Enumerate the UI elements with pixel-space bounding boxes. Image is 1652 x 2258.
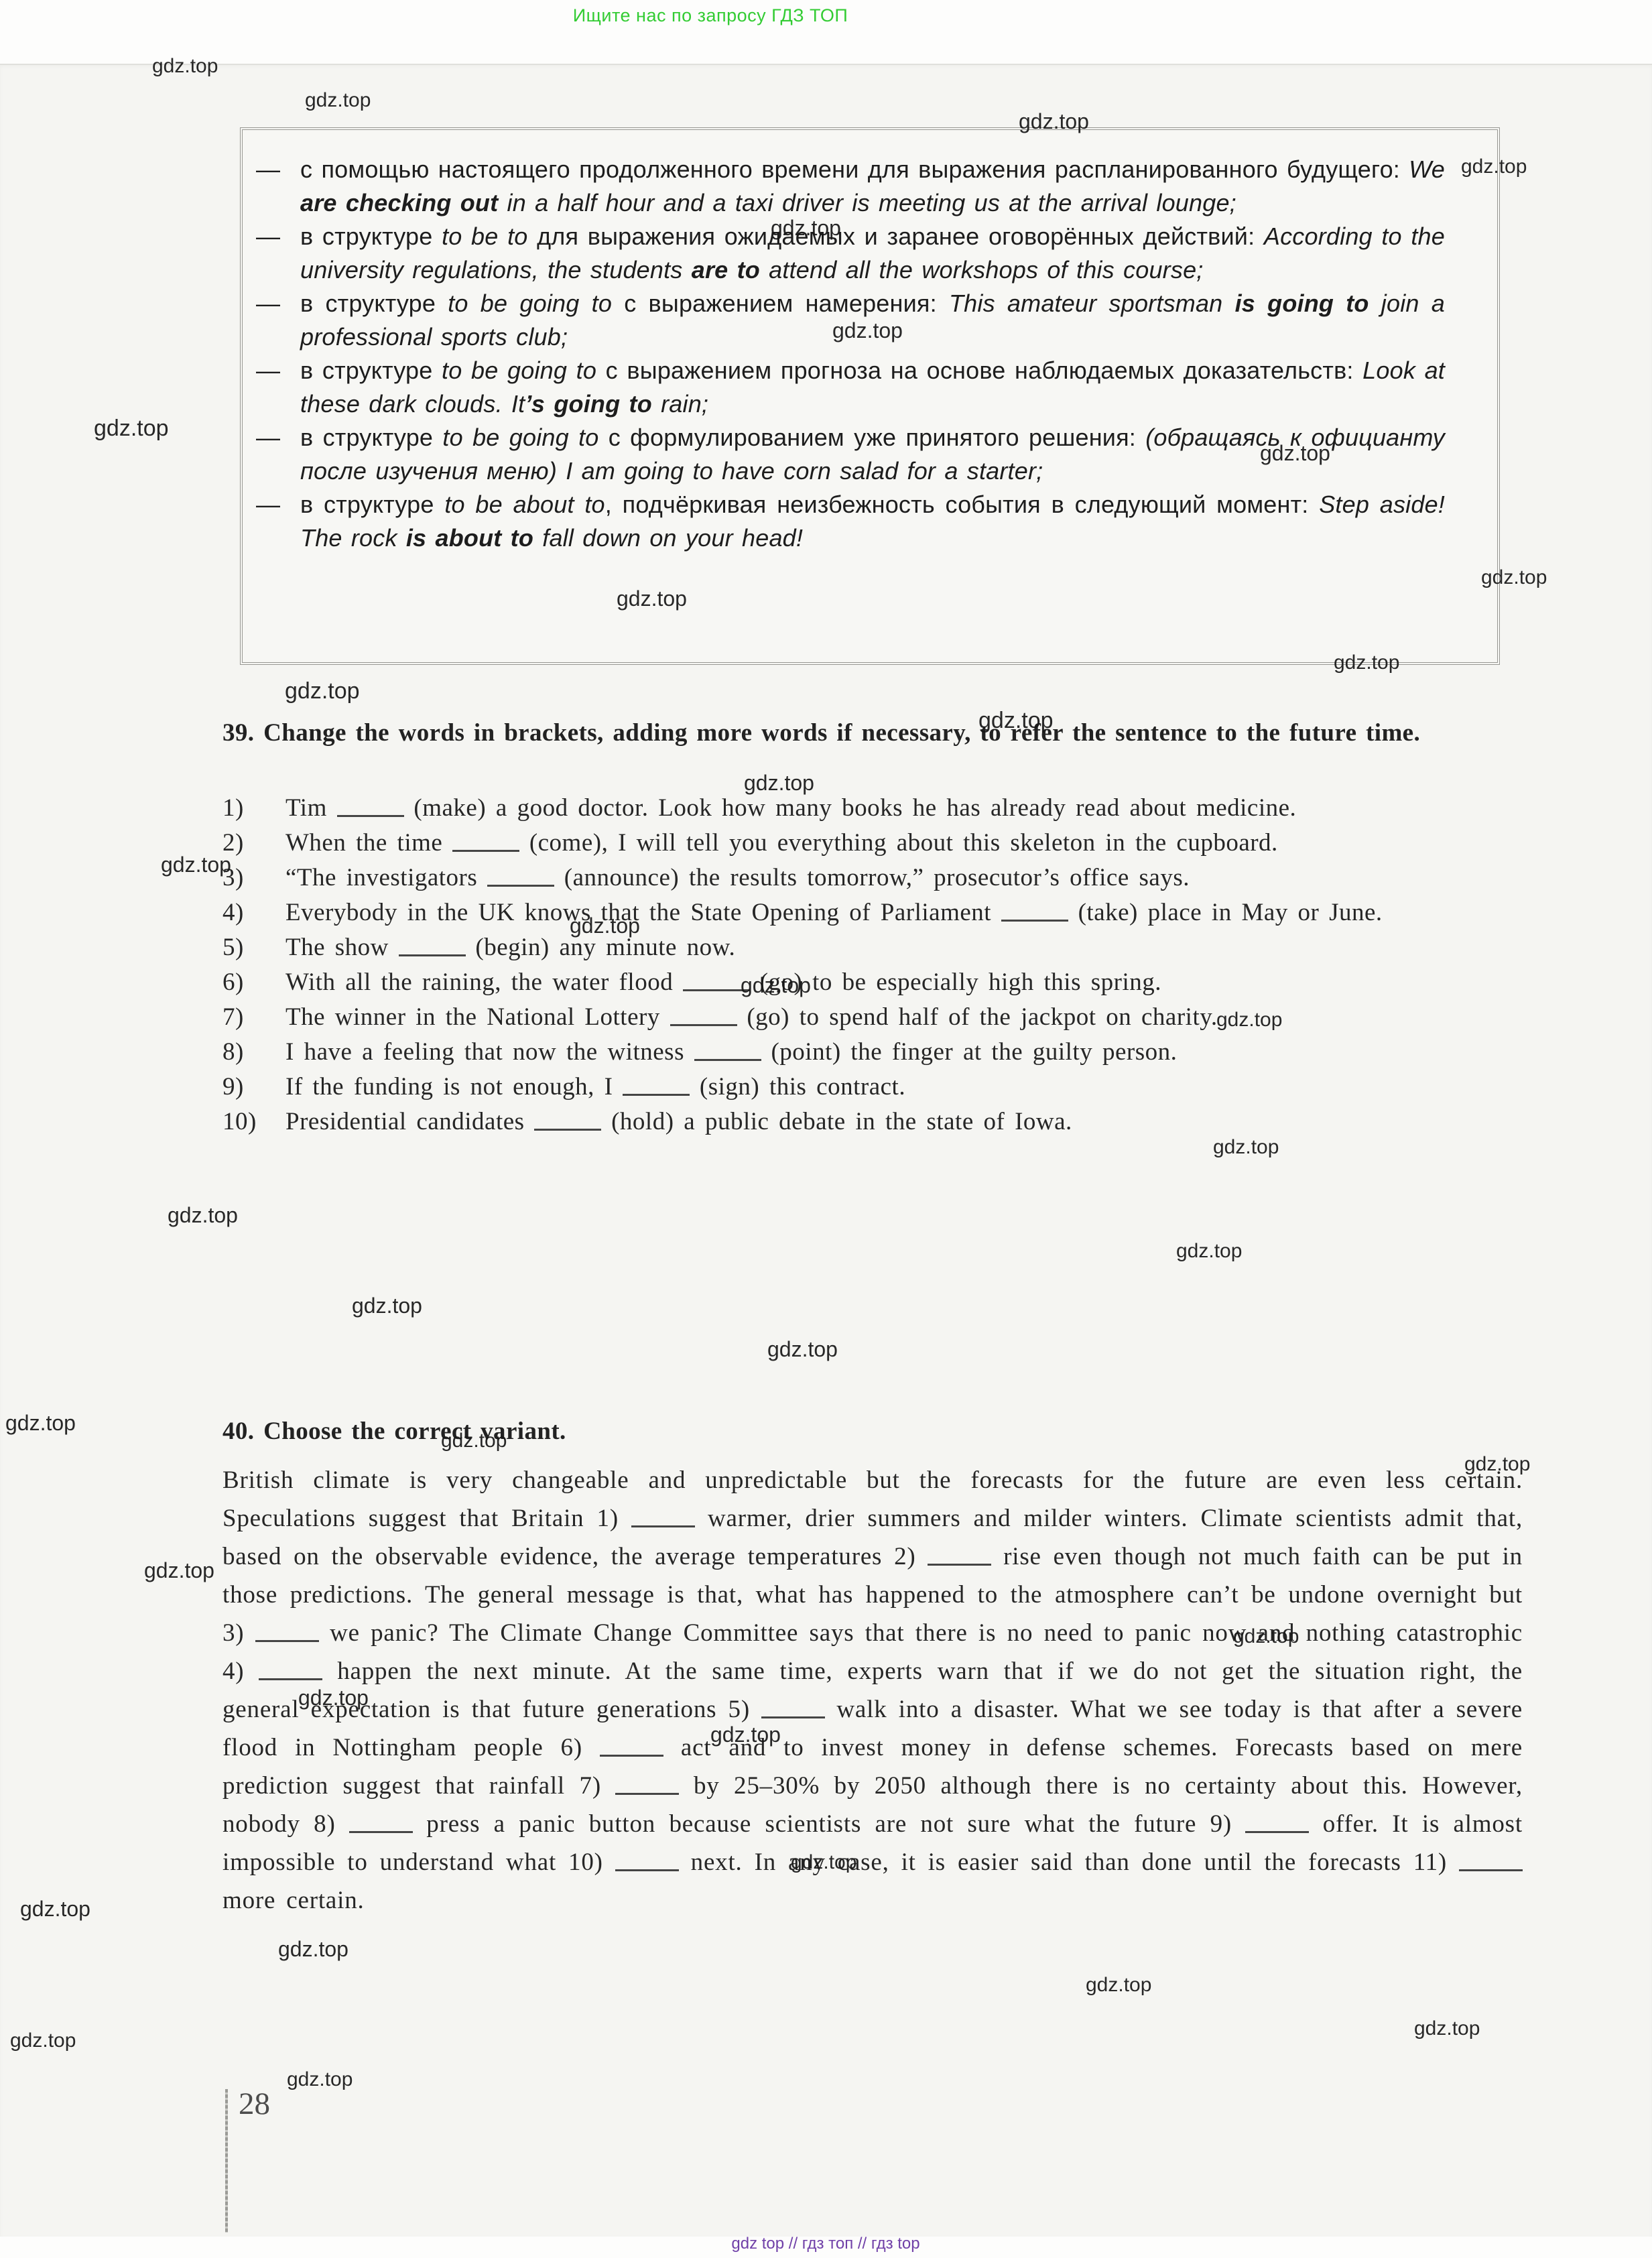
exercise-item: 8)I have a feeling that now the witness … [223,1035,1523,1070]
blank-line [1001,906,1068,922]
text-run: to be about to [444,491,605,518]
site-watermark: gdz.top [5,1411,76,1436]
text-run: press a panic button because scientists … [413,1810,1210,1838]
grammar-rule-item: —с помощью настоящего продолженного врем… [256,153,1445,220]
scanned-textbook-page: Ищите нас по запросу ГДЗ ТОП —с помощью … [0,0,1652,2258]
blank-line [337,802,404,817]
site-watermark: gdz.top [978,708,1054,734]
fill-in-gap [670,1003,737,1031]
blank-line [259,1665,322,1680]
item-text: Presidential candidates (hold) a public … [285,1105,1523,1139]
blank-line [615,1779,679,1795]
text-run: (make) a good doctor. Look how many book… [404,794,1297,822]
fill-in-gap [534,1108,601,1135]
item-text: With all the raining, the water flood (g… [285,965,1523,1000]
fill-in-gap: 1) [597,1505,695,1532]
exercise-item: 2)When the time (come), I will tell you … [223,826,1523,861]
text-run: в структуре [300,223,442,250]
site-watermark: gdz.top [287,2068,353,2091]
exercise-item: 3)“The investigators (announce) the resu… [223,861,1523,895]
blank-line [683,976,750,991]
blank-line [452,836,519,852]
footer-watermark-line: gdz top // гдз топ // гдз top [731,2235,919,2253]
text-run: fall down on your head! [533,524,803,552]
fill-in-gap: 3) [223,1619,319,1647]
text-run: в структуре [300,357,442,384]
page-number: 28 [239,2086,270,2122]
text-run: to be going to [442,424,598,451]
site-watermark: gdz.top [278,1937,348,1962]
grammar-rules-box: —с помощью настоящего продолженного врем… [240,127,1500,665]
site-watermark: gdz.top [1481,566,1547,589]
emphasized-text: ’s going to [525,390,652,418]
text-run: с выражением прогноза на основе наблюдае… [596,357,1362,384]
site-watermark: gdz.top [152,55,218,78]
dash-marker: — [256,488,300,555]
exercise-item: 4)Everybody in the UK knows that the Sta… [223,895,1523,930]
site-watermark: gdz.top [298,1686,369,1710]
emphasized-text: is going to [1235,290,1369,317]
site-watermark: gdz.top [1213,1136,1279,1159]
fill-in-gap: 9) [1210,1810,1310,1838]
emphasized-text: is about to [406,524,533,552]
site-watermark: gdz.top [285,678,360,704]
text-run: to be going to [448,290,612,317]
site-watermark: gdz.top [771,216,841,241]
exercise-39-items: 1)Tim (make) a good doctor. Look how man… [223,791,1523,1139]
blank-line [928,1550,991,1566]
grammar-rule-text: в структуре to be to для выражения ожида… [300,220,1445,287]
fill-in-gap [487,864,554,891]
item-text: I have a feeling that now the witness (p… [285,1035,1523,1070]
text-run: (point) the finger at the guilty person. [761,1038,1178,1066]
blank-line [623,1080,690,1096]
fill-in-gap [337,794,404,822]
text-run: (go) to be especially high this spring. [750,968,1161,996]
text-run: для выражения ожидаемых и заранее оговор… [528,223,1264,250]
item-number: 7) [223,1000,285,1035]
fill-in-gap [683,968,750,996]
top-search-banner: Ищите нас по запросу ГДЗ ТОП [573,5,848,26]
exercise-item: 7)The winner in the National Lottery (go… [223,1000,1523,1035]
dash-marker: — [256,287,300,354]
text-run: We [1409,155,1445,183]
blank-line [399,941,466,956]
text-run: attend all the workshops of this course; [760,256,1204,284]
text-run: “The investigators [285,864,487,891]
exercise-item: 9)If the funding is not enough, I (sign)… [223,1070,1523,1105]
dash-marker: — [256,354,300,421]
site-watermark: gdz.top [1461,155,1527,178]
site-watermark: gdz.top [710,1722,781,1747]
text-run: (announce) the results tomorrow,” prosec… [554,864,1190,891]
grammar-rule-text: с помощью настоящего продолженного време… [300,153,1445,220]
text-run: (come), I will tell you everything about… [519,829,1278,857]
text-run: next. In any case, it is easier said tha… [679,1848,1413,1876]
blank-line [349,1818,413,1833]
site-watermark: gdz.top [791,1851,856,1874]
fill-in-gap: 10) [568,1848,679,1876]
text-run: (hold) a public debate in the state of I… [601,1108,1072,1135]
item-text: The winner in the National Lottery (go) … [285,1000,1523,1035]
fill-in-gap: 8) [314,1810,413,1838]
exercise-39-title: 39. Change the words in brackets, adding… [223,717,1523,749]
site-watermark: gdz.top [144,1558,214,1583]
site-watermark: gdz.top [1019,109,1089,134]
site-watermark: gdz.top [1464,1453,1530,1476]
text-run: rain; [652,390,708,418]
item-number: 5) [223,930,285,965]
site-watermark: gdz.top [352,1294,422,1318]
fill-in-gap: 11) [1413,1848,1523,1876]
exercise-40-paragraph: British climate is very changeable and u… [223,1461,1523,1920]
text-run: The winner in the National Lottery [285,1003,670,1031]
item-number: 8) [223,1035,285,1070]
site-watermark: gdz.top [161,853,231,877]
text-run: с формулированием уже принятого решения: [599,424,1146,451]
site-watermark: gdz.top [832,318,903,343]
item-number: 4) [223,895,285,930]
blank-line [1245,1818,1309,1833]
item-text: Everybody in the UK knows that the State… [285,895,1523,930]
site-watermark: gdz.top [20,1897,90,1922]
item-text: When the time (come), I will tell you ev… [285,826,1523,861]
fill-in-gap [399,934,466,961]
blank-line [631,1512,695,1527]
fill-in-gap [694,1038,761,1066]
item-text: If the funding is not enough, I (sign) t… [285,1070,1523,1105]
site-watermark: gdz.top [617,586,687,611]
text-run: в структуре [300,424,442,451]
item-number: 3) [223,861,285,895]
text-run: I have a feeling that now the witness [285,1038,694,1066]
grammar-rules-list: —с помощью настоящего продолженного врем… [256,153,1445,555]
site-watermark: gdz.top [168,1203,238,1228]
item-number: 2) [223,826,285,861]
text-run: With all the raining, the water flood [285,968,683,996]
item-number: 6) [223,965,285,1000]
fill-in-gap: 6) [561,1734,663,1761]
fill-in-gap: 5) [728,1696,826,1723]
text-run: с помощью настоящего продолженного време… [300,155,1409,183]
exercise-item: 6)With all the raining, the water flood … [223,965,1523,1000]
item-number: 9) [223,1070,285,1105]
blank-line [1459,1856,1523,1871]
site-watermark: gdz.top [1260,441,1330,466]
site-watermark: gdz.top [744,771,814,796]
text-run: we panic? The Climate Change Committee s… [319,1619,1523,1647]
text-run: в структуре [300,290,448,317]
site-watermark: gdz.top [570,914,640,938]
text-run: in a half hour and a taxi driver is meet… [498,189,1236,216]
site-watermark: gdz.top [305,89,371,112]
item-text: The show (begin) any minute now. [285,930,1523,965]
grammar-rule-item: —в структуре to be going to с выражением… [256,354,1445,421]
text-run: The show [285,934,399,961]
item-number: 10) [223,1105,285,1139]
blank-line [670,1011,737,1026]
fill-in-gap [452,829,519,857]
text-run: This amateur sportsman [949,290,1235,317]
site-watermark: gdz.top [1216,1009,1282,1031]
text-run: Everybody in the UK knows that the State… [285,899,1001,926]
site-watermark: gdz.top [1176,1240,1242,1263]
text-run: , подчёркивая неизбежность события в сле… [605,491,1319,518]
site-watermark: gdz.top [767,1337,838,1362]
grammar-rule-text: в структуре to be going to с выражением … [300,354,1445,421]
exercise-40-title: 40. Choose the correct variant. [223,1416,826,1447]
text-run: (sign) this contract. [690,1073,905,1101]
text-run: (go) to spend half of the jackpot on cha… [737,1003,1218,1031]
fill-in-gap: 7) [580,1772,680,1800]
text-run: Tim [285,794,337,822]
site-watermark: gdz.top [441,1430,507,1452]
text-run: to be going to [442,357,596,384]
fill-in-gap: 2) [894,1543,991,1570]
dash-marker: — [256,153,300,220]
text-run: more certain. [223,1887,365,1914]
dash-marker: — [256,421,300,488]
exercise-item: 5)The show (begin) any minute now. [223,930,1523,965]
site-watermark: gdz.top [1086,1974,1151,1997]
grammar-rule-text: в структуре to be about to, подчёркивая … [300,488,1445,555]
text-run: (take) place in May or June. [1068,899,1383,926]
site-watermark: gdz.top [94,416,169,442]
fill-in-gap [623,1073,690,1101]
site-watermark: gdz.top [1233,1625,1299,1648]
blank-line [761,1703,825,1718]
text-run: to be to [442,223,527,250]
emphasized-text: are checking out [300,189,498,216]
blank-line [694,1046,761,1061]
blank-line [255,1627,319,1642]
fill-in-gap: 4) [223,1657,322,1685]
item-text: Tim (make) a good doctor. Look how many … [285,791,1523,826]
text-run: When the time [285,829,452,857]
text-run: с выражением намерения: [612,290,949,317]
dash-marker: — [256,220,300,287]
exercise-item: 1)Tim (make) a good doctor. Look how man… [223,791,1523,826]
item-number: 1) [223,791,285,826]
footer-margin-rule [225,2089,228,2233]
fill-in-gap [1001,899,1068,926]
emphasized-text: are to [692,256,760,284]
blank-line [534,1115,601,1131]
blank-line [615,1856,679,1871]
exercise-item: 10)Presidential candidates (hold) a publ… [223,1105,1523,1139]
text-run: Presidential candidates [285,1108,534,1135]
site-watermark: gdz.top [1334,651,1399,674]
grammar-rule-item: —в структуре to be to для выражения ожид… [256,220,1445,287]
grammar-rule-item: —в структуре to be about to, подчёркивая… [256,488,1445,555]
blank-line [487,871,554,887]
text-run: If the funding is not enough, I [285,1073,623,1101]
item-text: “The investigators (announce) the result… [285,861,1523,895]
text-run: в структуре [300,491,444,518]
site-watermark: gdz.top [741,973,811,998]
site-watermark: gdz.top [10,2029,76,2052]
blank-line [600,1741,663,1757]
site-watermark: gdz.top [1414,2017,1480,2040]
